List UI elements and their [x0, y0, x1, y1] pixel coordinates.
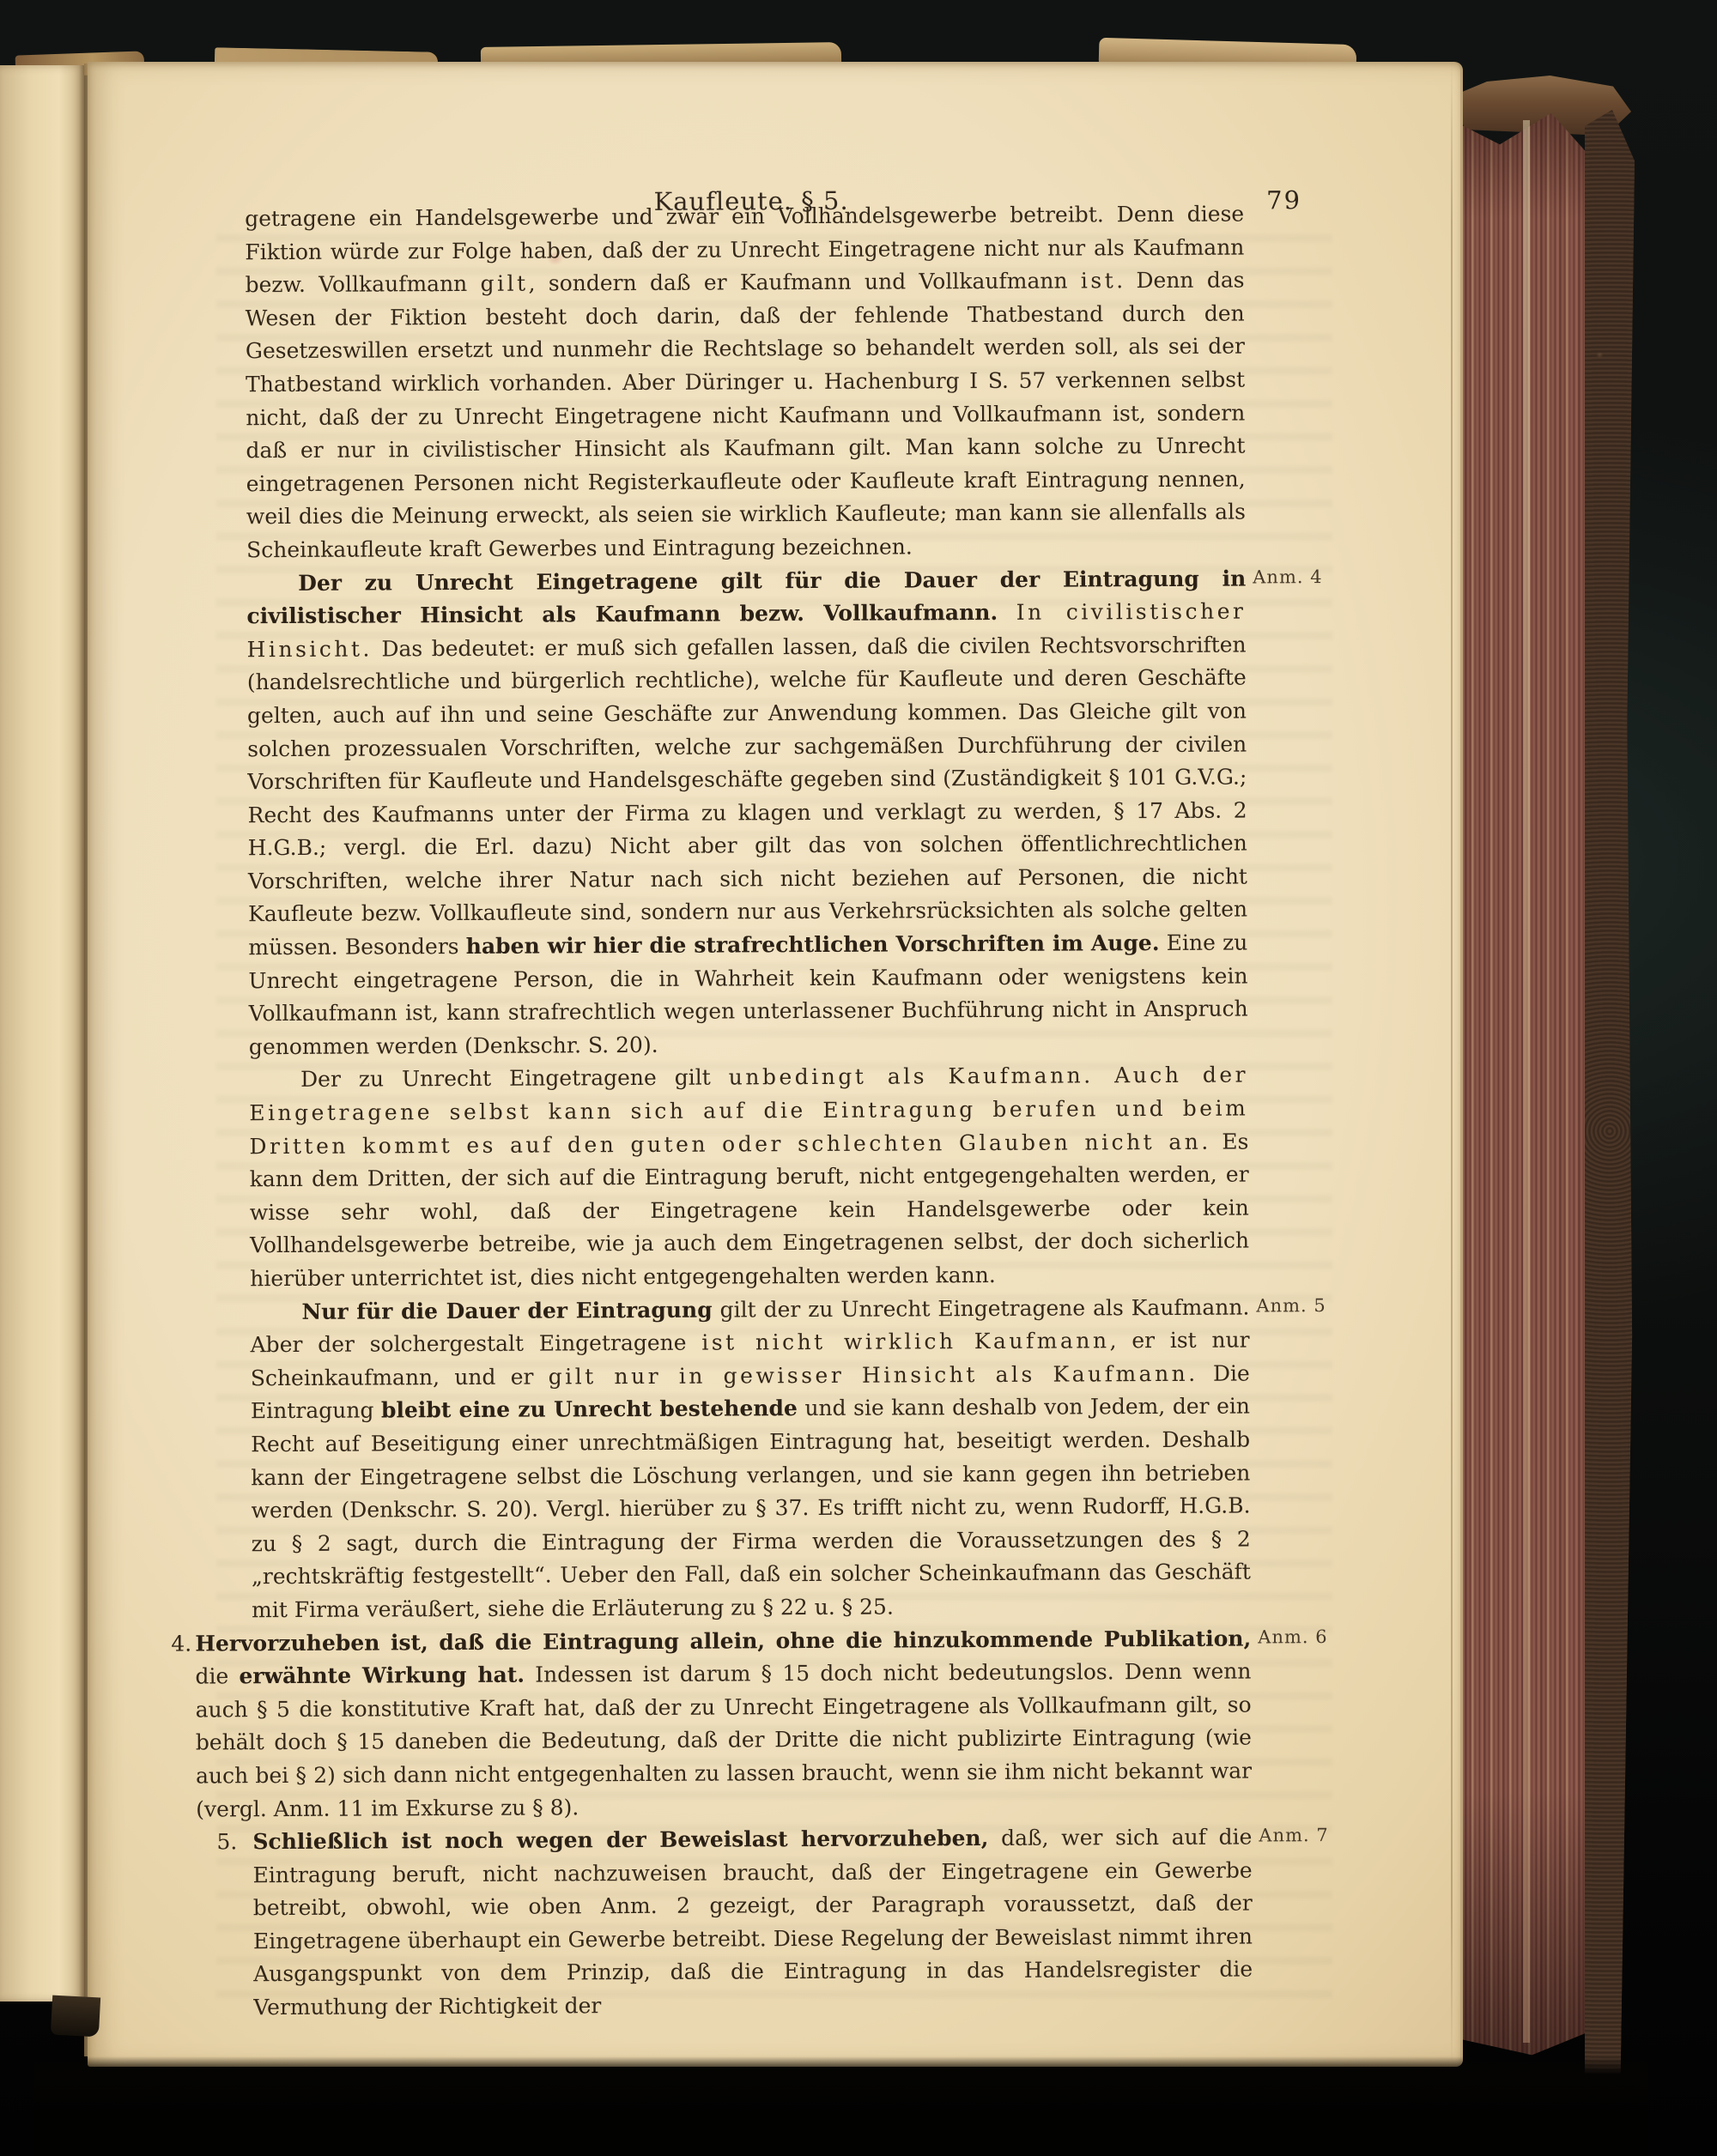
paragraph: getragene ein Handelsgewerbe und zwar ei… [245, 198, 1246, 567]
text-segment-bold: erwähnte Wirkung hat. [239, 1662, 525, 1689]
text-segment-bold: Schließlich ist noch wegen der Beweislas… [252, 1826, 988, 1854]
item-number: 5. [216, 1826, 237, 1859]
text-segment-normal: die [195, 1663, 239, 1688]
paragraph: Der zu Unrecht Eingetragene gilt unbedin… [249, 1059, 1249, 1296]
numbered-item: 4.Hervorzuheben ist, daß die Eintragung … [195, 1622, 1252, 1826]
page-content: Kaufleute. § 5. 79 getragene ein Handels… [88, 62, 1463, 2067]
paragraph: Nur für die Dauer der Eintragung gilt de… [250, 1291, 1251, 1627]
fore-edge-highlight [1523, 120, 1530, 2043]
text-segment-bold: haben wir hier die strafrechtlichen Vors… [466, 930, 1160, 959]
text-segment-normal: und sie kann deshalb von Jedem, der ein … [251, 1394, 1251, 1622]
item-number: 4. [171, 1627, 191, 1661]
margin-annotation: Anm. 4 [1253, 566, 1373, 588]
text-segment-bold: bleibt eine zu Unrecht bestehende [381, 1396, 798, 1422]
text-segment-normal: Das bedeutet: er muß sich gefallen lasse… [247, 632, 1247, 960]
bottom-shadow [34, 2056, 1648, 2156]
text-segment-sperr: gilt [480, 271, 528, 296]
margin-annotation: Anm. 6 [1258, 1626, 1378, 1648]
previous-page-edge [0, 65, 84, 2002]
text-segment-bold: Nur für die Dauer der Eintragung [301, 1297, 712, 1323]
page-number: 79 [1266, 185, 1301, 215]
text-segment-sperr: ist [1081, 268, 1117, 293]
text-segment-normal: , sondern daß er Kaufmann und Vollkaufma… [529, 269, 1081, 296]
numbered-item: 5.Schließlich ist noch wegen der Beweisl… [252, 1821, 1253, 2025]
paragraph: Der zu Unrecht Eingetragene gilt für die… [246, 562, 1248, 1064]
text-segment-sperr: ist nicht wirklich Kaufmann [701, 1329, 1109, 1355]
text-block: getragene ein Handelsgewerbe und zwar ei… [245, 198, 1253, 2025]
book-page: Kaufleute. § 5. 79 getragene ein Handels… [88, 62, 1463, 2067]
torn-paper-fragment [51, 1996, 100, 2038]
text-segment-normal [998, 600, 1016, 625]
text-segment-bold: Hervorzuheben ist, daß die Eintragung al… [195, 1626, 1251, 1656]
margin-annotation: Anm. 5 [1256, 1295, 1376, 1317]
text-segment-normal: daß, wer sich auf die Eintragung beruft,… [253, 1825, 1253, 2020]
text-segment-normal: . Denn das Wesen der Fiktion besteht doc… [246, 268, 1246, 562]
text-segment-sperr: gilt nur in gewisser Hinsicht als Kaufma… [549, 1361, 1198, 1390]
text-segment-normal: Der zu Unrecht Eingetragene gilt [300, 1065, 729, 1092]
margin-annotation: Anm. 7 [1259, 1825, 1379, 1846]
